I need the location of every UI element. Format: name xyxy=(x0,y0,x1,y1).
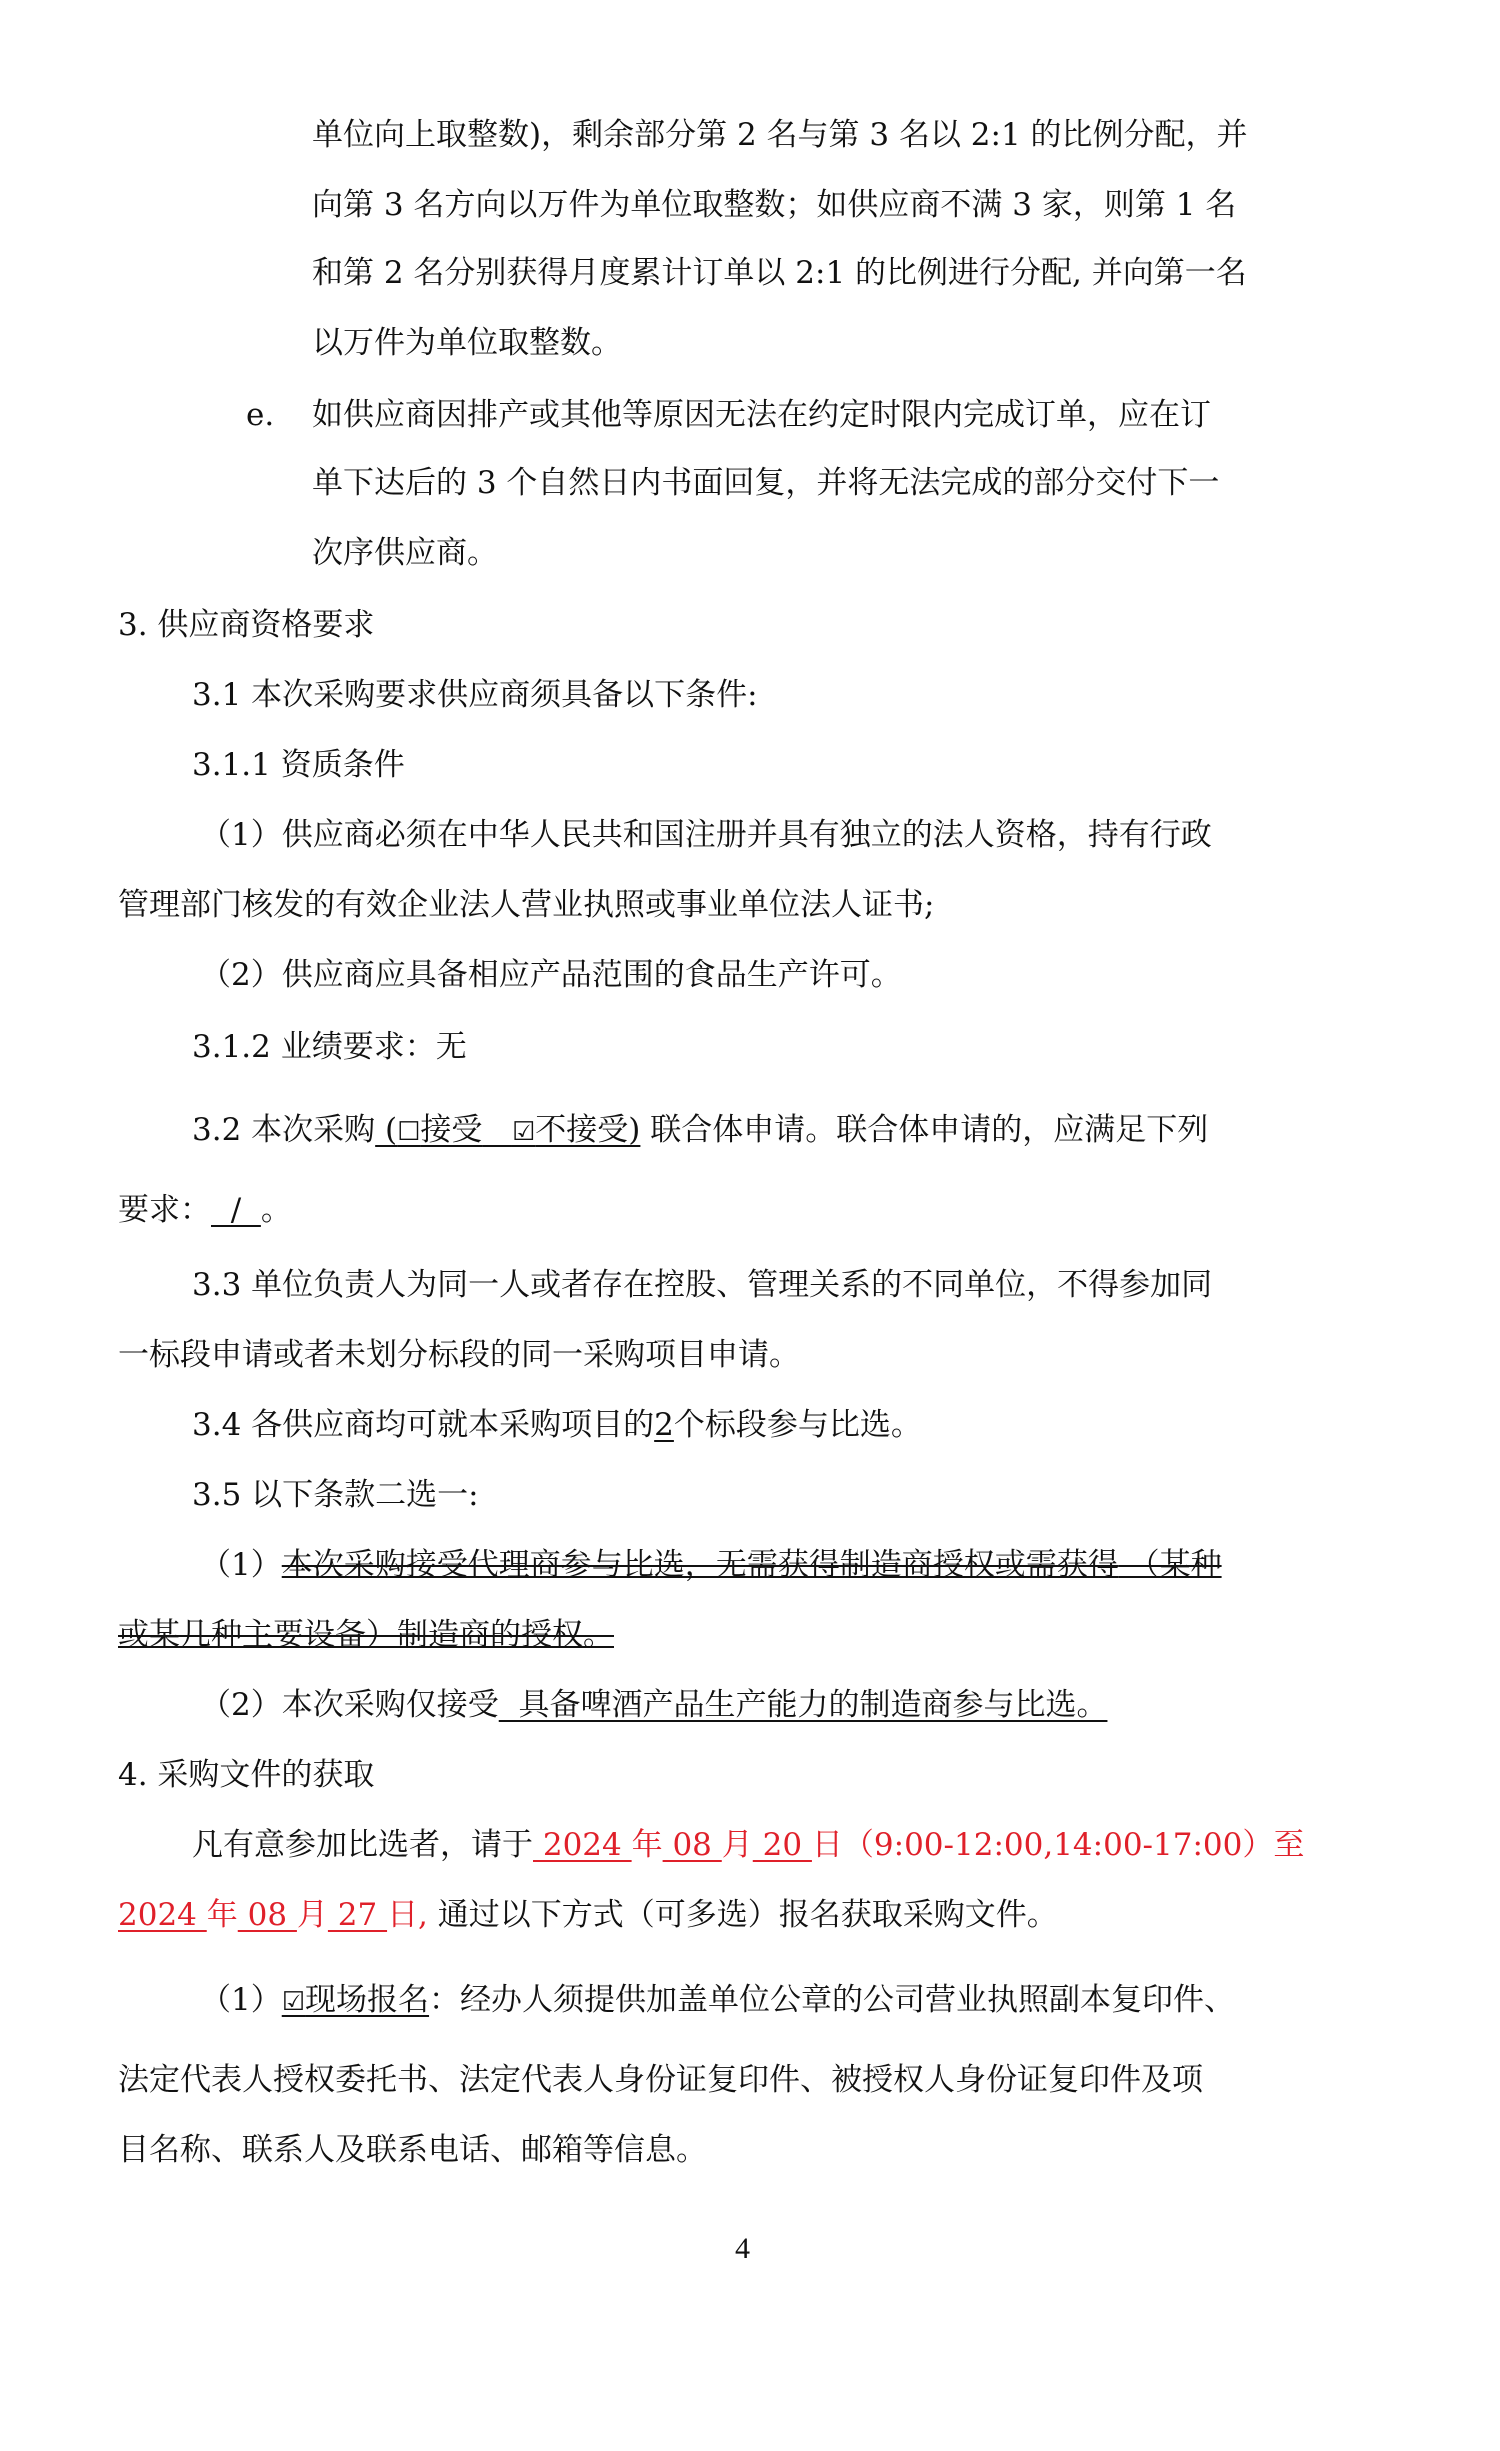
page-number: 4 xyxy=(735,2232,750,2266)
lot-count: 2 xyxy=(654,1407,674,1443)
option-reject-label: 不接受) xyxy=(535,1112,640,1148)
section-3-heading: 3. 供应商资格要求 xyxy=(118,605,374,645)
option-1-struck-text: 本次采购接受代理商参与比选，无需获得制造商授权或需获得 xyxy=(282,1547,1119,1583)
clause-e-line-3: 次序供应商。 xyxy=(312,533,498,573)
section-3-3-line-1: 3.3 单位负责人为同一人或者存在控股、管理关系的不同单位，不得参加同 xyxy=(192,1265,1212,1305)
clause-d-line-3: 和第 2 名分别获得月度累计订单以 2:1 的比例进行分配, 并向第一名 xyxy=(312,253,1247,293)
p1-suffix: 通过以下方式（可多选）报名获取采购文件。 xyxy=(428,1897,1058,1933)
clause-e-line-2: 单下达后的 3 个自然日内书面回复，并将无法完成的部分交付下一 xyxy=(312,463,1219,503)
method-1-line-3: 目名称、联系人及联系电话、邮箱等信息。 xyxy=(118,2130,707,2170)
section-4-p1-line-1: 凡有意参加比选者，请于 2024 年 08 月 20 日（9:00-12:00,… xyxy=(192,1825,1304,1865)
method-1-rest: ：经办人须提供加盖单位公章的公司营业执照副本复印件、 xyxy=(429,1982,1235,2018)
day-label: 日 xyxy=(812,1827,843,1863)
year-label: 年 xyxy=(632,1827,663,1863)
section-3-2-suffix: 联合体申请。联合体申请的，应满足下列 xyxy=(640,1112,1208,1148)
p1-prefix: 凡有意参加比选者，请于 xyxy=(192,1827,533,1863)
option-1-line-2: 或某几种主要设备）制造商的授权。 xyxy=(118,1615,614,1655)
requirements-value: / xyxy=(211,1192,261,1228)
onsite-registration: ☑现场报名 xyxy=(282,1982,429,2018)
onsite-checkbox-checked-icon: ☑ xyxy=(282,1987,305,2017)
clause-d-line-1: 单位向上取整数)，剩余部分第 2 名与第 3 名以 2:1 的比例分配，并 xyxy=(312,115,1248,155)
section-3-1: 3.1 本次采购要求供应商须具备以下条件: xyxy=(192,675,758,715)
end-year: 2024 xyxy=(118,1897,207,1933)
method-1-marker: （1） xyxy=(200,1982,282,2018)
clause-e-marker: e. xyxy=(246,395,274,435)
section-3-5: 3.5 以下条款二选一: xyxy=(192,1475,479,1515)
requirements-label: 要求： xyxy=(118,1192,211,1228)
accept-checkbox-unchecked-icon: ☐ xyxy=(397,1117,420,1147)
section-3-4: 3.4 各供应商均可就本采购项目的2个标段参与比选。 xyxy=(192,1405,922,1445)
requirements-period: 。 xyxy=(261,1192,292,1228)
option-1-struck-text-2: 或某几种主要设备）制造商的授权。 xyxy=(118,1617,614,1653)
section-3-4-prefix: 3.4 各供应商均可就本采购项目的 xyxy=(192,1407,654,1443)
option-2: （2）本次采购仅接受 具备啤酒产品生产能力的制造商参与比选。 xyxy=(200,1685,1107,1725)
onsite-label: 现场报名 xyxy=(305,1982,429,2018)
end-day: 27 xyxy=(328,1897,387,1933)
end-month: 08 xyxy=(238,1897,297,1933)
section-4-p1-line-2: 2024 年 08 月 27 日, 通过以下方式（可多选）报名获取采购文件。 xyxy=(118,1895,1058,1935)
options-open-paren: ( xyxy=(375,1112,397,1148)
qualification-1-line-2: 管理部门核发的有效企业法人营业执照或事业单位法人证书; xyxy=(118,885,934,925)
clause-d-line-2: 向第 3 名方向以万件为单位取整数；如供应商不满 3 家，则第 1 名 xyxy=(312,185,1236,225)
option-2-value: 具备啤酒产品生产能力的制造商参与比选。 xyxy=(499,1687,1108,1723)
section-3-2-line-2: 要求： / 。 xyxy=(118,1190,292,1230)
option-accept-label: 接受 xyxy=(420,1112,482,1148)
month-label: 月 xyxy=(722,1827,753,1863)
start-year: 2024 xyxy=(533,1827,632,1863)
section-3-2-prefix: 3.2 本次采购 xyxy=(192,1112,375,1148)
consortium-options: (☐接受 ☑不接受) xyxy=(375,1112,640,1148)
document-page: 单位向上取整数)，剩余部分第 2 名与第 3 名以 2:1 的比例分配，并 向第… xyxy=(0,0,1500,2451)
method-1-line-2: 法定代表人授权委托书、法定代表人身份证复印件、被授权人身份证复印件及项 xyxy=(118,2060,1203,2100)
section-3-1-1: 3.1.1 资质条件 xyxy=(192,745,405,785)
option-1-blank: （某种 xyxy=(1119,1547,1222,1583)
office-hours: （9:00-12:00,14:00-17:00）至 xyxy=(843,1827,1304,1863)
reject-checkbox-checked-icon: ☑ xyxy=(512,1117,535,1147)
end-month-label: 月 xyxy=(297,1897,328,1933)
clause-d-line-4: 以万件为单位取整数。 xyxy=(312,323,622,363)
start-month: 08 xyxy=(663,1827,722,1863)
option-2-marker: （2）本次采购仅接受 xyxy=(200,1687,499,1723)
option-1-marker: （1） xyxy=(200,1547,282,1583)
qualification-2: （2）供应商应具备相应产品范围的食品生产许可。 xyxy=(200,955,902,995)
qualification-1-line-1: （1）供应商必须在中华人民共和国注册并具有独立的法人资格，持有行政 xyxy=(200,815,1212,855)
section-3-4-suffix: 个标段参与比选。 xyxy=(674,1407,922,1443)
method-1-line-1: （1）☑现场报名：经办人须提供加盖单位公章的公司营业执照副本复印件、 xyxy=(200,1980,1235,2020)
section-4-heading: 4. 采购文件的获取 xyxy=(118,1755,374,1795)
end-day-label: 日, xyxy=(387,1897,428,1933)
option-1-line-1: （1）本次采购接受代理商参与比选，无需获得制造商授权或需获得 （某种 xyxy=(200,1545,1222,1585)
section-3-3-line-2: 一标段申请或者未划分标段的同一采购项目申请。 xyxy=(118,1335,800,1375)
section-3-1-2: 3.1.2 业绩要求：无 xyxy=(192,1027,467,1067)
end-year-label: 年 xyxy=(207,1897,238,1933)
section-3-2-line-1: 3.2 本次采购 (☐接受 ☑不接受) 联合体申请。联合体申请的，应满足下列 xyxy=(192,1110,1208,1150)
start-day: 20 xyxy=(753,1827,812,1863)
clause-e-line-1: 如供应商因排产或其他等原因无法在约定时限内完成订单，应在订 xyxy=(312,395,1211,435)
